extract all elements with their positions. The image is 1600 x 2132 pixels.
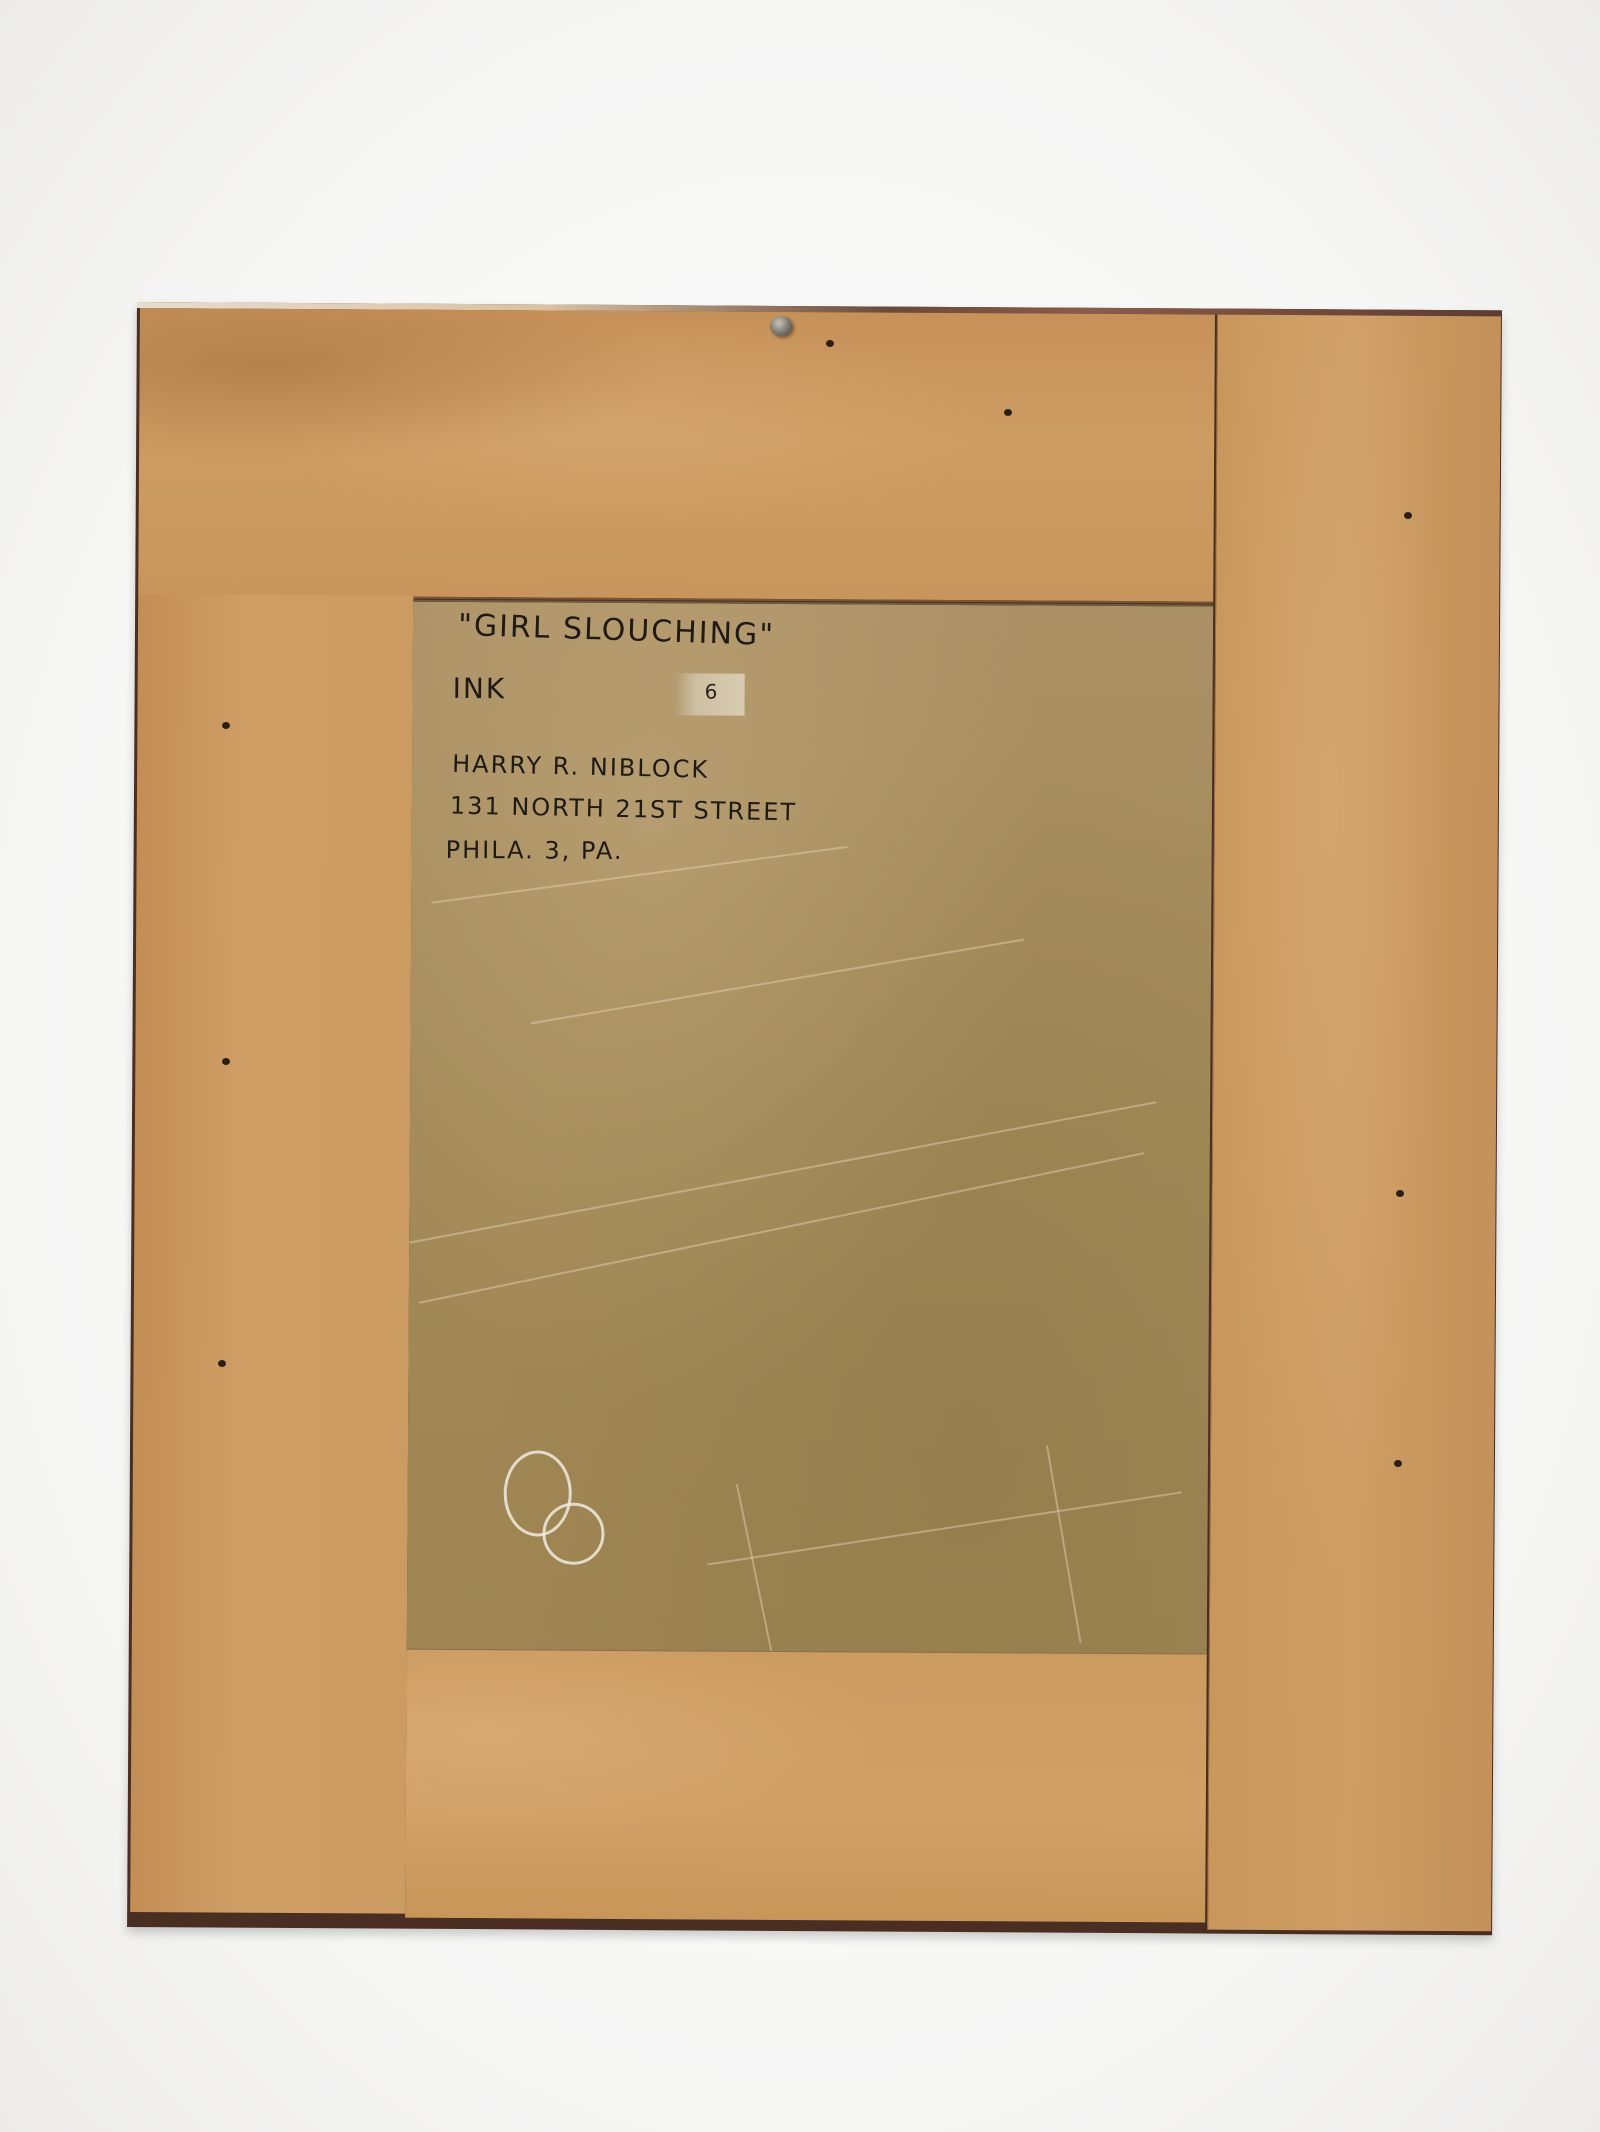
nail-hole: [218, 1360, 226, 1367]
artist-name: HARRY R. NIBLOCK: [452, 750, 710, 784]
nail-hole: [1004, 409, 1012, 416]
frame-back: "GIRL SLOUCHING" INK 6 HARRY R. NIBLOCK …: [127, 302, 1502, 1935]
hanger-screw: [770, 316, 792, 336]
nail-hole: [1404, 512, 1412, 519]
nail-hole: [1394, 1460, 1402, 1467]
scratch-mark: [707, 1491, 1182, 1565]
nail-hole: [222, 1058, 230, 1065]
backing-paper-left-strip: [130, 594, 414, 1914]
backing-board-panel: "GIRL SLOUCHING" INK 6 HARRY R. NIBLOCK …: [407, 600, 1213, 1657]
nail-hole: [1396, 1190, 1404, 1197]
scratch-mark: [1046, 1446, 1081, 1644]
artist-street-address: 131 NORTH 21ST STREET: [450, 792, 798, 827]
artwork-medium: INK: [453, 672, 507, 705]
nail-hole: [222, 722, 230, 729]
backing-paper-right-strip: [1207, 315, 1501, 1932]
artwork-title: "GIRL SLOUCHING": [458, 608, 776, 653]
scratch-mark: [531, 939, 1024, 1025]
photo-scene: "GIRL SLOUCHING" INK 6 HARRY R. NIBLOCK …: [0, 0, 1600, 2132]
backing-paper-bottom-strip: [405, 1649, 1207, 1923]
chalk-oval-mark: [542, 1503, 604, 1565]
backing-paper-top-strip: [138, 308, 1215, 604]
artist-city: PHILA. 3, PA.: [446, 836, 624, 865]
nail-hole: [826, 340, 834, 347]
tape-mark: 6: [705, 679, 718, 703]
scratch-mark: [419, 1152, 1144, 1303]
